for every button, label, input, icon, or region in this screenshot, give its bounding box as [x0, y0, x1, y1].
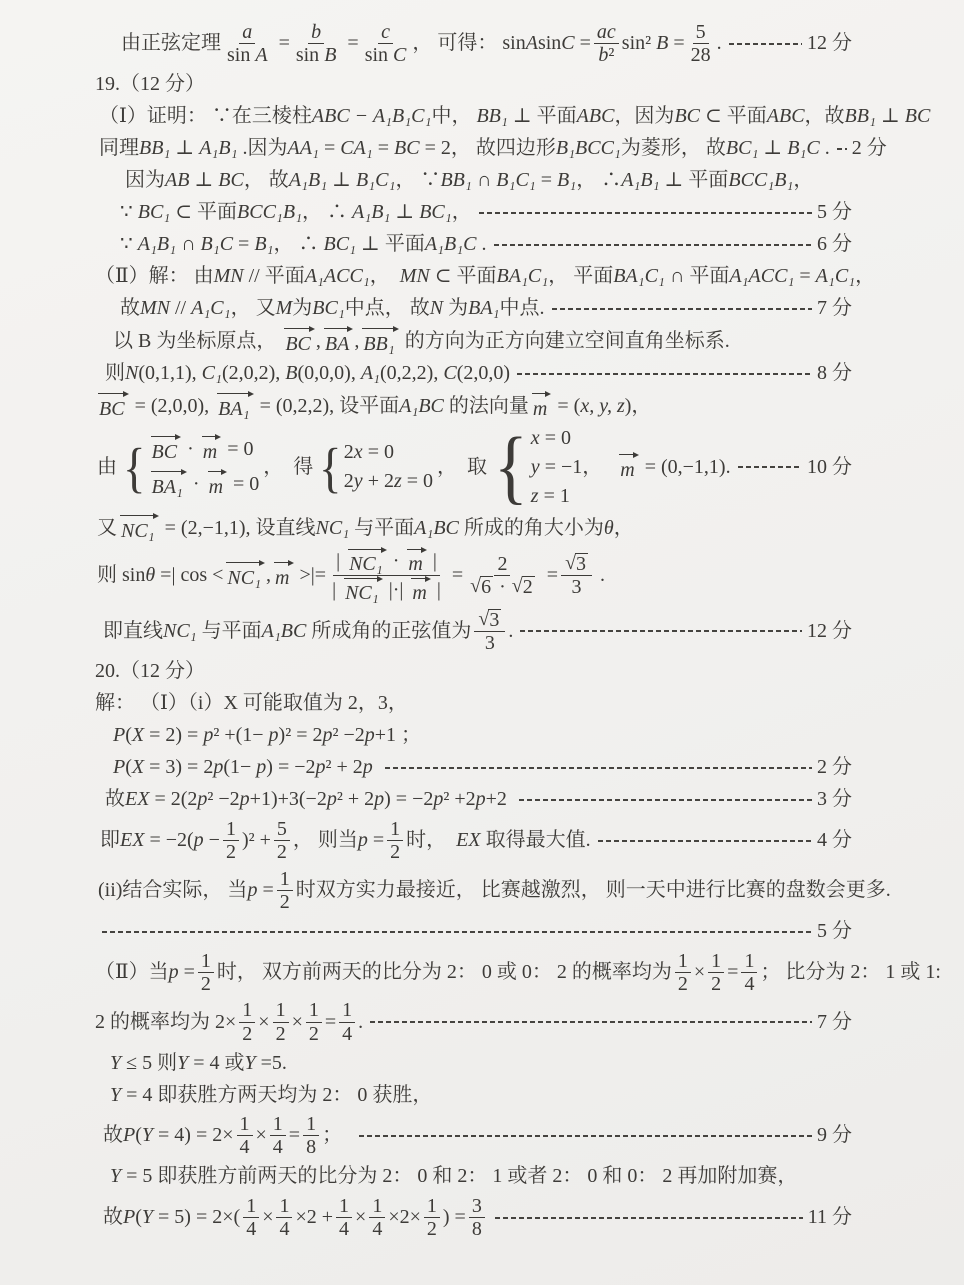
numerator: 1 [741, 950, 757, 973]
text-run: =| cos < [155, 563, 223, 588]
math-run: BA₁C₁ [497, 264, 549, 289]
math-run: p [213, 755, 223, 780]
math-run: a [242, 21, 252, 43]
text-run: 2 [280, 891, 290, 913]
math-run: X [132, 723, 144, 748]
text-run: 4 [240, 1136, 250, 1158]
numerator: 1 [339, 999, 355, 1022]
text-run: , [354, 329, 359, 354]
dotted-leader [598, 840, 812, 842]
numerator: √3 [561, 553, 592, 576]
system-row: z = 1 [531, 484, 602, 509]
fraction: 12 [239, 999, 255, 1045]
solution-line: 5 分 [95, 917, 852, 947]
fraction: 12 [675, 950, 691, 996]
math-run: x [531, 426, 540, 451]
text-run: 8 [306, 1136, 316, 1158]
fraction: 2√6 · √2 [466, 553, 539, 599]
dotted-leader [359, 1135, 812, 1137]
text-run: 时， [406, 828, 456, 853]
text-run: sin [365, 44, 393, 66]
math-run: BC₁ [726, 136, 759, 161]
text-run: ， [370, 264, 400, 289]
score-label: 7 分 [817, 1010, 852, 1035]
math-run: A₁BC [262, 619, 307, 644]
denominator: 2 [675, 973, 691, 995]
math-run: Y [177, 1051, 188, 1076]
math-run: p [322, 723, 332, 748]
text-run: // 平面 [244, 264, 305, 289]
text-run: 2 [276, 1023, 286, 1045]
text-run: 与平面 [197, 619, 262, 644]
text-run [606, 455, 616, 480]
text-run: = (0,2,2), 设平面 [255, 394, 400, 419]
solution-line: Y ≤ 5 则Y = 4 或Y =5. [110, 1048, 852, 1078]
system-rows: BC · m = 0BA₁ · m = 0 [148, 434, 260, 500]
denominator: b² [595, 44, 617, 66]
system-row: 2x = 0 [344, 440, 433, 465]
solution-line: P(X = 2) = p² +(1− p)² = 2p² −2p+1 ； [113, 721, 852, 751]
math-run: y [354, 469, 363, 494]
text-run: )² = 2 [279, 723, 323, 748]
text-run: 19.（12 分） [95, 72, 205, 97]
math-run: p [358, 828, 368, 853]
text-run: 1 [339, 1195, 349, 1217]
fraction: 14 [237, 1113, 253, 1159]
math-run: BB₁ [139, 136, 170, 161]
text-run: 1 [309, 999, 319, 1021]
dotted-leader [385, 767, 812, 769]
math-run: BCC₁B₁ [728, 168, 793, 193]
math-run: BA₁C₁ [613, 264, 665, 289]
math-run: A₁B₁ [199, 136, 237, 161]
system-row: 2y + 2z = 0 [344, 469, 433, 494]
text-run: 2 [427, 1218, 437, 1240]
system-row: y = −1， [531, 455, 602, 480]
text-run: 则 sin [97, 563, 145, 588]
text-run: +2 [486, 787, 512, 812]
text-run: +1)+3(−2 [250, 787, 327, 812]
math-run: x, y, z [580, 394, 624, 419]
math-run: AB [165, 168, 189, 193]
text-run: 的方向为正方向建立空间直角坐标系. [400, 329, 730, 354]
left-brace-icon: { [319, 445, 342, 490]
math-run: BB₁ [440, 168, 471, 193]
fraction: 14 [276, 1195, 292, 1241]
text-run: // [170, 296, 191, 321]
text-run: = 0 [402, 469, 433, 494]
score-label: 12 分 [807, 619, 852, 644]
denominator: 2 [424, 1218, 440, 1240]
text-run: 的法向量 [444, 394, 529, 419]
numerator: 1 [424, 1195, 440, 1218]
text-run: = (2,0,0), [130, 394, 215, 419]
math-run: NC₁ [316, 516, 350, 541]
text-run: 1 [342, 999, 352, 1021]
fraction: 52 [274, 818, 290, 864]
score-label: 8 分 [817, 361, 852, 386]
math-run: BC₁ [324, 232, 357, 257]
text-run: (ii)结合实际， 当 [98, 878, 247, 903]
text-run: 1 [678, 950, 688, 972]
solution-line: 即直线NC₁ 与平面A₁BC 所成角的正弦值为√33.12 分 [103, 608, 852, 655]
text-run: ⊥ [189, 168, 218, 193]
vector: NC₁ [347, 549, 386, 575]
text-run: × [694, 960, 705, 985]
text-run: 1 [711, 950, 721, 972]
denominator: 4 [741, 973, 757, 995]
denominator: 4 [276, 1218, 292, 1240]
equation-system: {x = 0y = −1，z = 1 [491, 426, 602, 509]
text-run: 又 [97, 516, 117, 541]
text-run: = 0 [228, 472, 259, 497]
math-run: BC₁ [312, 296, 345, 321]
math-run: θ [145, 563, 155, 588]
text-run: 中点， 故 [345, 296, 430, 321]
numerator: 1 [303, 1113, 319, 1136]
solution-line: 即EX = −2(p −12)² +52， 则当p =12时， EX 取得最大值… [100, 817, 852, 865]
text-run: ， [452, 200, 472, 225]
text-run: ； [322, 1123, 352, 1148]
text-run: ， 则当 [293, 828, 358, 853]
text-run: 即 [100, 828, 120, 853]
math-run: B [285, 361, 297, 386]
text-run: | [336, 550, 345, 572]
math-run: A₁B₁ [621, 168, 659, 193]
text-run: |·| [384, 579, 409, 601]
fraction: acb² [594, 21, 619, 67]
text-run: = [794, 264, 815, 289]
equation-system: {BC · m = 0BA₁ · m = 0 [121, 434, 259, 500]
math-run: BA₁ [468, 296, 499, 321]
text-run: 中点. [500, 296, 545, 321]
text-run: = [257, 878, 273, 903]
math-run: A₁ACC₁ [729, 264, 794, 289]
math-run: ABC − A₁B₁C₁ [312, 104, 432, 129]
math-run: Y [142, 1205, 153, 1230]
dotted-leader [479, 212, 812, 214]
fraction: asin A [224, 21, 271, 67]
text-run: ² +(1− [213, 723, 268, 748]
fraction: 12 [387, 818, 403, 864]
math-run: P [113, 723, 125, 748]
math-run: Y [245, 1051, 256, 1076]
math-run: p [374, 787, 384, 812]
denominator: 3 [482, 632, 498, 654]
text-run: ， ∵ [395, 168, 440, 193]
math-run: BB₁ [476, 104, 507, 129]
text-run: . [508, 619, 513, 644]
dotted-leader [729, 43, 802, 45]
text-run: ； 比分为 2： 1 或 1: [760, 960, 941, 985]
text-run: ⊂ 平面 [430, 264, 497, 289]
vector: m [410, 578, 429, 604]
text-run: = 3) = 2 [144, 755, 213, 780]
math-run: B₁ [254, 232, 273, 257]
denominator: | NC₁ |·| m | [329, 576, 444, 604]
radicand: 2 [522, 576, 535, 598]
math-run: p [327, 787, 337, 812]
text-run: sin [296, 44, 324, 66]
text-run: 1 [240, 1113, 250, 1135]
score-label: 5 分 [817, 200, 852, 225]
radical: √3 [565, 553, 588, 575]
text-run: 同理 [99, 136, 139, 161]
math-run: Y [110, 1083, 121, 1108]
text-run: 5 [277, 818, 287, 840]
text-run: ， 又 [231, 296, 276, 321]
vector: m [201, 436, 220, 465]
text-run: = 4) = 2× [153, 1123, 234, 1148]
math-run: y [531, 455, 540, 480]
score-label: 6 分 [817, 232, 852, 257]
score-label: 12 分 [807, 31, 852, 56]
solution-line: (ii)结合实际， 当p =12时双方实力最接近， 比赛越激烈， 则一天中进行比… [98, 867, 852, 915]
text-run: 4 [372, 1218, 382, 1240]
math-run: p [363, 755, 373, 780]
math-run: A₁ [361, 361, 380, 386]
text-run: = [319, 136, 340, 161]
text-run: ² +2 [443, 787, 475, 812]
text-run: ⊥ [876, 104, 905, 129]
numerator: ac [594, 21, 619, 44]
fraction: 14 [243, 1195, 259, 1241]
math-run: x [354, 440, 363, 465]
text-run: 2 [242, 1023, 252, 1045]
numerator: 1 [237, 1113, 253, 1136]
denominator: 8 [469, 1218, 485, 1240]
denominator: 8 [303, 1136, 319, 1158]
text-run [373, 755, 378, 780]
text-run: 4 [273, 1136, 283, 1158]
dotted-leader [519, 799, 812, 801]
math-run: θ [604, 516, 614, 541]
fraction: 14 [336, 1195, 352, 1241]
math-run: A₁C₁ [816, 264, 855, 289]
math-run: A [526, 31, 538, 56]
text-run: ， 取 [437, 455, 487, 480]
text-run: = 5 即获胜方前两天的比分为 2： 0 和 2： 1 或者 2： 0 和 0：… [121, 1164, 797, 1189]
text-run: .因为 [238, 136, 288, 161]
math-run: C [443, 361, 456, 386]
text-run: 1 [242, 999, 252, 1021]
text-run: = [368, 828, 384, 853]
text-run: × [258, 1010, 269, 1035]
math-run: B₁ [557, 168, 576, 193]
text-run: sin² [622, 31, 656, 56]
math-run: N [125, 361, 138, 386]
math-run: B [656, 31, 668, 56]
numerator: 1 [675, 950, 691, 973]
math-run: p [247, 878, 257, 903]
text-run: + 2 [363, 469, 394, 494]
denominator: 28 [688, 44, 714, 66]
system-row: BC · m = 0 [148, 434, 260, 465]
fraction: 12 [306, 999, 322, 1045]
math-run: p [365, 723, 375, 748]
math-run: B [324, 44, 336, 66]
vector: NC₁ [225, 562, 264, 591]
fraction: 14 [741, 950, 757, 996]
math-run: CA₁ [340, 136, 373, 161]
solution-line: 2 的概率均为 2×12×12×12=14.7 分 [95, 998, 852, 1046]
math-run: MN [214, 264, 244, 289]
text-run: 3 [485, 632, 495, 654]
vector: BB₁ [361, 328, 397, 357]
math-run: A₁BC [399, 394, 444, 419]
text-run: | [428, 550, 437, 572]
text-run: (0,2,2), [380, 361, 443, 386]
text-run: ， ∴ [274, 232, 324, 257]
numerator: 1 [306, 999, 322, 1022]
math-run: p [433, 787, 443, 812]
text-run: ， [614, 516, 634, 541]
math-run: c [381, 21, 390, 43]
text-run: 1 [280, 868, 290, 890]
text-run: 即直线 [103, 619, 163, 644]
text-run: 8 [472, 1218, 482, 1240]
text-run: . [358, 1010, 363, 1035]
numerator: 1 [243, 1195, 259, 1218]
left-brace-icon: { [494, 433, 528, 501]
math-run: MN [400, 264, 430, 289]
text-run: ⊂ 平面 [170, 200, 237, 225]
denominator: 2 [387, 841, 403, 863]
text-run: ² −2 [332, 723, 364, 748]
fraction: 38 [469, 1195, 485, 1241]
denominator: 2 [223, 841, 239, 863]
text-run: = (2,−1,1), 设直线 [160, 516, 316, 541]
text-run: ⊥ [758, 136, 787, 161]
text-run: = [727, 960, 738, 985]
text-run: ( [125, 755, 132, 780]
text-run: 4 [246, 1218, 256, 1240]
solution-line: 同理BB₁ ⊥ A₁B₁ .因为AA₁ = CA₁ = BC = 2， 故四边形… [99, 134, 852, 164]
text-run: 2 [344, 440, 354, 465]
text-run: 1 [427, 1195, 437, 1217]
text-run: 2 [390, 841, 400, 863]
text-run: 时， 双方前两天的比分为 2： 0 或 0： 2 的概率均为 [217, 960, 672, 985]
text-run: 2 [711, 973, 721, 995]
text-run: （Ⅱ）解： 由 [95, 264, 214, 289]
math-run: M [276, 296, 293, 321]
numerator: 1 [223, 818, 239, 841]
math-run: AA₁ [288, 136, 319, 161]
math-run: p [269, 723, 279, 748]
text-run: × [262, 1205, 273, 1230]
solution-line: ∵ BC₁ ⊂ 平面BCC₁B₁， ∴ A₁B₁ ⊥ BC₁，5 分 [120, 198, 852, 228]
text-run: 3 [472, 1195, 482, 1217]
text-run: 以 B 为坐标原点， [113, 329, 281, 354]
vector: BA [323, 328, 352, 357]
denominator: 4 [369, 1218, 385, 1240]
numerator: a [239, 21, 255, 44]
score-label: 3 分 [817, 787, 852, 812]
text-run: = [289, 1123, 300, 1148]
math-run: p [203, 723, 213, 748]
numerator: 1 [198, 950, 214, 973]
text-run: = (0,−1,1). [640, 455, 731, 480]
numerator: 1 [369, 1195, 385, 1218]
math-run: b [598, 44, 608, 66]
numerator: 1 [336, 1195, 352, 1218]
text-run: ， [793, 168, 813, 193]
text-run: . [477, 232, 487, 257]
text-run: . [717, 31, 722, 56]
text-run: ， ∴ [302, 200, 352, 225]
denominator: 3 [569, 576, 585, 598]
vector: BC [97, 393, 128, 422]
math-run: EX [120, 828, 144, 853]
math-run: p [256, 755, 266, 780]
system-row: x = 0 [531, 426, 602, 451]
text-run: （Ⅰ）证明： ∵在三棱柱 [99, 104, 312, 129]
math-run: B₁C₁ [356, 168, 395, 193]
vector: BA₁ [216, 393, 252, 422]
text-run: ∩ [472, 168, 496, 193]
fraction: 12 [424, 1195, 440, 1241]
text-run: 为 [292, 296, 312, 321]
text-run: 4 [744, 973, 754, 995]
text-run: >|= [295, 563, 327, 588]
text-run: (1− [223, 755, 256, 780]
text-run: = [233, 232, 254, 257]
denominator: 2 [239, 1023, 255, 1045]
math-run: ABC [767, 104, 805, 129]
math-run: P [123, 1205, 135, 1230]
text-run: = 0 [540, 426, 571, 451]
math-run: BC [674, 104, 700, 129]
math-run: A₁BC [414, 516, 459, 541]
text-run: ⊥ [170, 136, 199, 161]
text-run: =5. [256, 1051, 287, 1076]
text-run: · [182, 437, 199, 462]
text-run: 1 [276, 999, 286, 1021]
text-run: | [332, 579, 341, 601]
text-run: ∩ [176, 232, 200, 257]
text-run: ， 故 [244, 168, 289, 193]
math-run: b [311, 21, 321, 43]
math-run: B₁BCC₁ [556, 136, 621, 161]
text-run: 故 [120, 296, 140, 321]
text-run: ² + 2 [337, 787, 374, 812]
denominator: 4 [339, 1023, 355, 1045]
math-run: C [393, 44, 406, 66]
math-run: p [316, 755, 326, 780]
fraction: 12 [223, 818, 239, 864]
text-run: . [820, 136, 830, 161]
math-run: BC [905, 104, 931, 129]
text-run: 2 [309, 1023, 319, 1045]
text-run: 20.（12 分） [95, 659, 205, 684]
numerator: 2 [494, 553, 510, 576]
text-run: = 1 [539, 484, 570, 509]
radical: √3 [478, 609, 501, 631]
text-run: ×2× [388, 1205, 421, 1230]
vector: NC₁ [343, 578, 382, 604]
fraction: 12 [198, 950, 214, 996]
math-run: NC₁ [163, 619, 197, 644]
fraction: 14 [270, 1113, 286, 1159]
text-run: ，故 [805, 104, 845, 129]
text-run: 故 [103, 1123, 123, 1148]
denominator: 2 [277, 891, 293, 913]
solution-line: ∵ A₁B₁ ∩ B₁C = B₁， ∴ BC₁ ⊥ 平面A₁B₁C .6 分 [120, 230, 852, 260]
math-run: z [394, 469, 402, 494]
math-run: p [240, 787, 250, 812]
math-run: BCC₁B₁ [237, 200, 302, 225]
solution-line: 以 B 为坐标原点， BC,BA,BB₁ 的方向为正方向建立空间直角坐标系. [113, 326, 852, 357]
